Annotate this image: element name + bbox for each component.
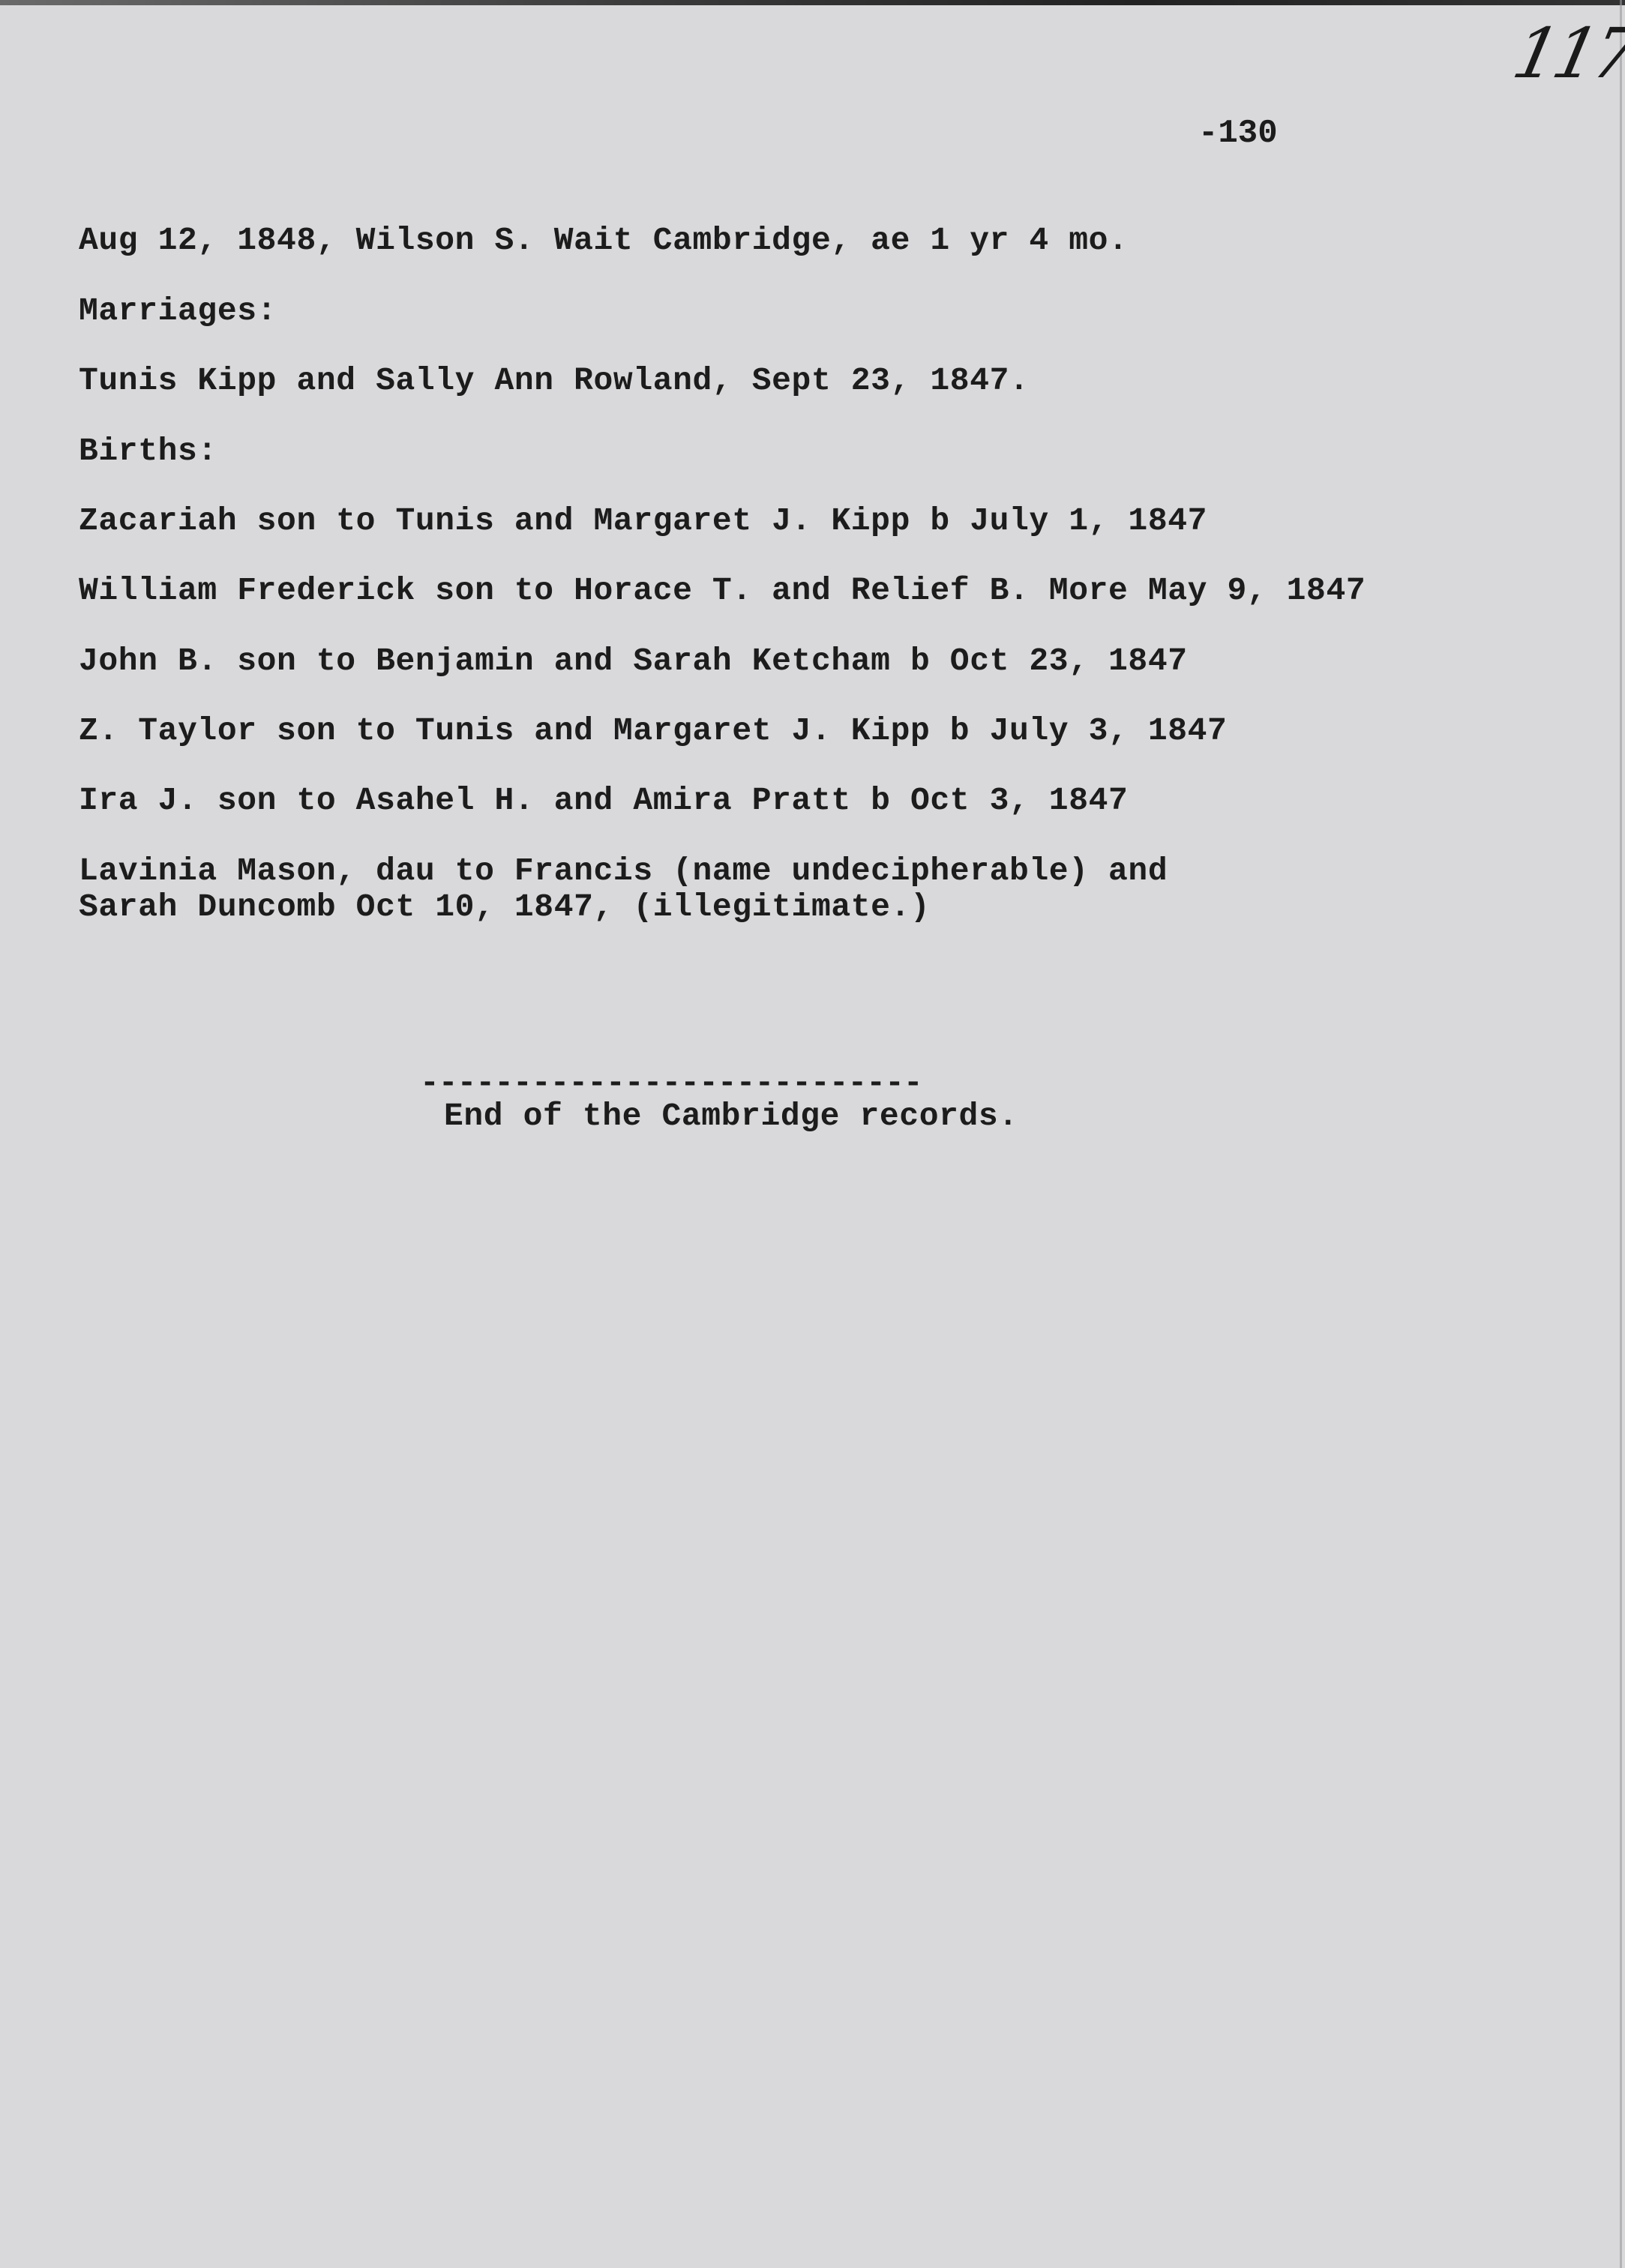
scan-top-edge <box>0 0 1625 5</box>
birth-entry: Ira J. son to Asahel H. and Amira Pratt … <box>79 782 1128 819</box>
scan-right-edge <box>1620 0 1622 2268</box>
birth-entry: John B. son to Benjamin and Sarah Ketcha… <box>79 643 1188 679</box>
death-entry: Aug 12, 1848, Wilson S. Wait Cambridge, … <box>79 222 1128 259</box>
section-heading-births: Births: <box>79 433 217 469</box>
birth-entry: William Frederick son to Horace T. and R… <box>79 572 1366 609</box>
closing-line: End of the Cambridge records. <box>444 1098 1018 1134</box>
handwritten-page-number: 117 <box>1507 13 1625 94</box>
marriage-entry: Tunis Kipp and Sally Ann Rowland, Sept 2… <box>79 362 1029 399</box>
section-heading-marriages: Marriages: <box>79 292 277 329</box>
divider-line: --------------------------- <box>420 1065 922 1101</box>
typed-page-number: -130 <box>1198 115 1278 152</box>
birth-entry: Z. Taylor son to Tunis and Margaret J. K… <box>79 712 1227 749</box>
birth-entry: Lavinia Mason, dau to Francis (name unde… <box>79 852 1168 889</box>
birth-entry: Zacariah son to Tunis and Margaret J. Ki… <box>79 502 1207 539</box>
birth-entry-continuation: Sarah Duncomb Oct 10, 1847, (illegitimat… <box>79 888 930 925</box>
